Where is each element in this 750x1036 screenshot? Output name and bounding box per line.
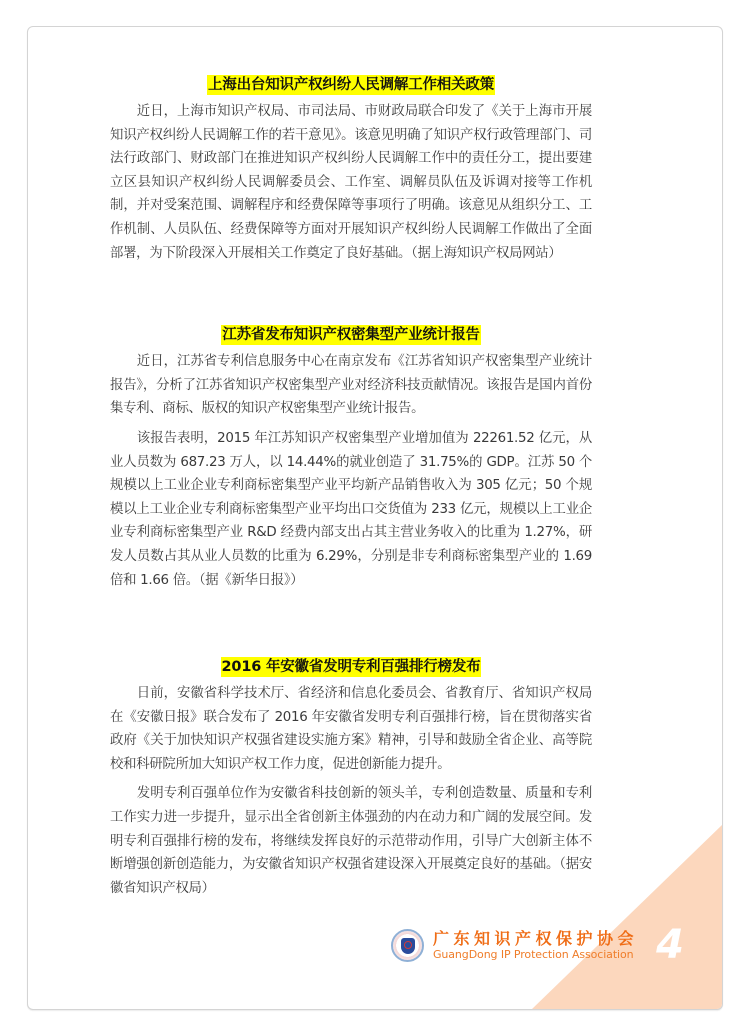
association-emblem-icon [391,929,424,962]
section-title: 上海出台知识产权纠纷人民调解工作相关政策 [207,75,495,95]
paragraph: 近日，江苏省专利信息服务中心在南京发布《江苏省知识产权密集型产业统计报告》，分析… [110,350,592,421]
news-section-shanghai: 上海出台知识产权纠纷人民调解工作相关政策 近日，上海市知识产权局、市司法局、市财… [110,72,592,265]
page-content: 上海出台知识产权纠纷人民调解工作相关政策 近日，上海市知识产权局、市司法局、市财… [110,72,592,900]
org-name-en: GuangDong IP Protection Association [433,948,638,962]
news-section-jiangsu: 江苏省发布知识产权密集型产业统计报告 近日，江苏省专利信息服务中心在南京发布《江… [110,322,592,592]
paragraph: 发明专利百强单位作为安徽省科技创新的领头羊，专利创造数量、质量和专利工作实力进一… [110,782,592,900]
footer-logo: 广东知识产权保护协会 GuangDong IP Protection Assoc… [391,929,638,962]
section-title: 2016 年安徽省发明专利百强排行榜发布 [221,657,482,677]
paragraph: 日前，安徽省科学技术厅、省经济和信息化委员会、省教育厅、省知识产权局在《安徽日报… [110,682,592,776]
page-number: 4 [656,925,684,965]
section-title: 江苏省发布知识产权密集型产业统计报告 [221,325,480,345]
org-name: 广东知识产权保护协会 GuangDong IP Protection Assoc… [433,930,638,962]
news-section-anhui: 2016 年安徽省发明专利百强排行榜发布 日前，安徽省科学技术厅、省经济和信息化… [110,654,592,900]
paragraph: 该报告表明，2015 年江苏知识产权密集型产业增加值为 22261.52 亿元，… [110,427,592,592]
org-name-cn: 广东知识产权保护协会 [433,930,638,948]
paragraph: 近日，上海市知识产权局、市司法局、市财政局联合印发了《关于上海市开展知识产权纠纷… [110,100,592,265]
emblem-mark-icon [404,941,412,949]
